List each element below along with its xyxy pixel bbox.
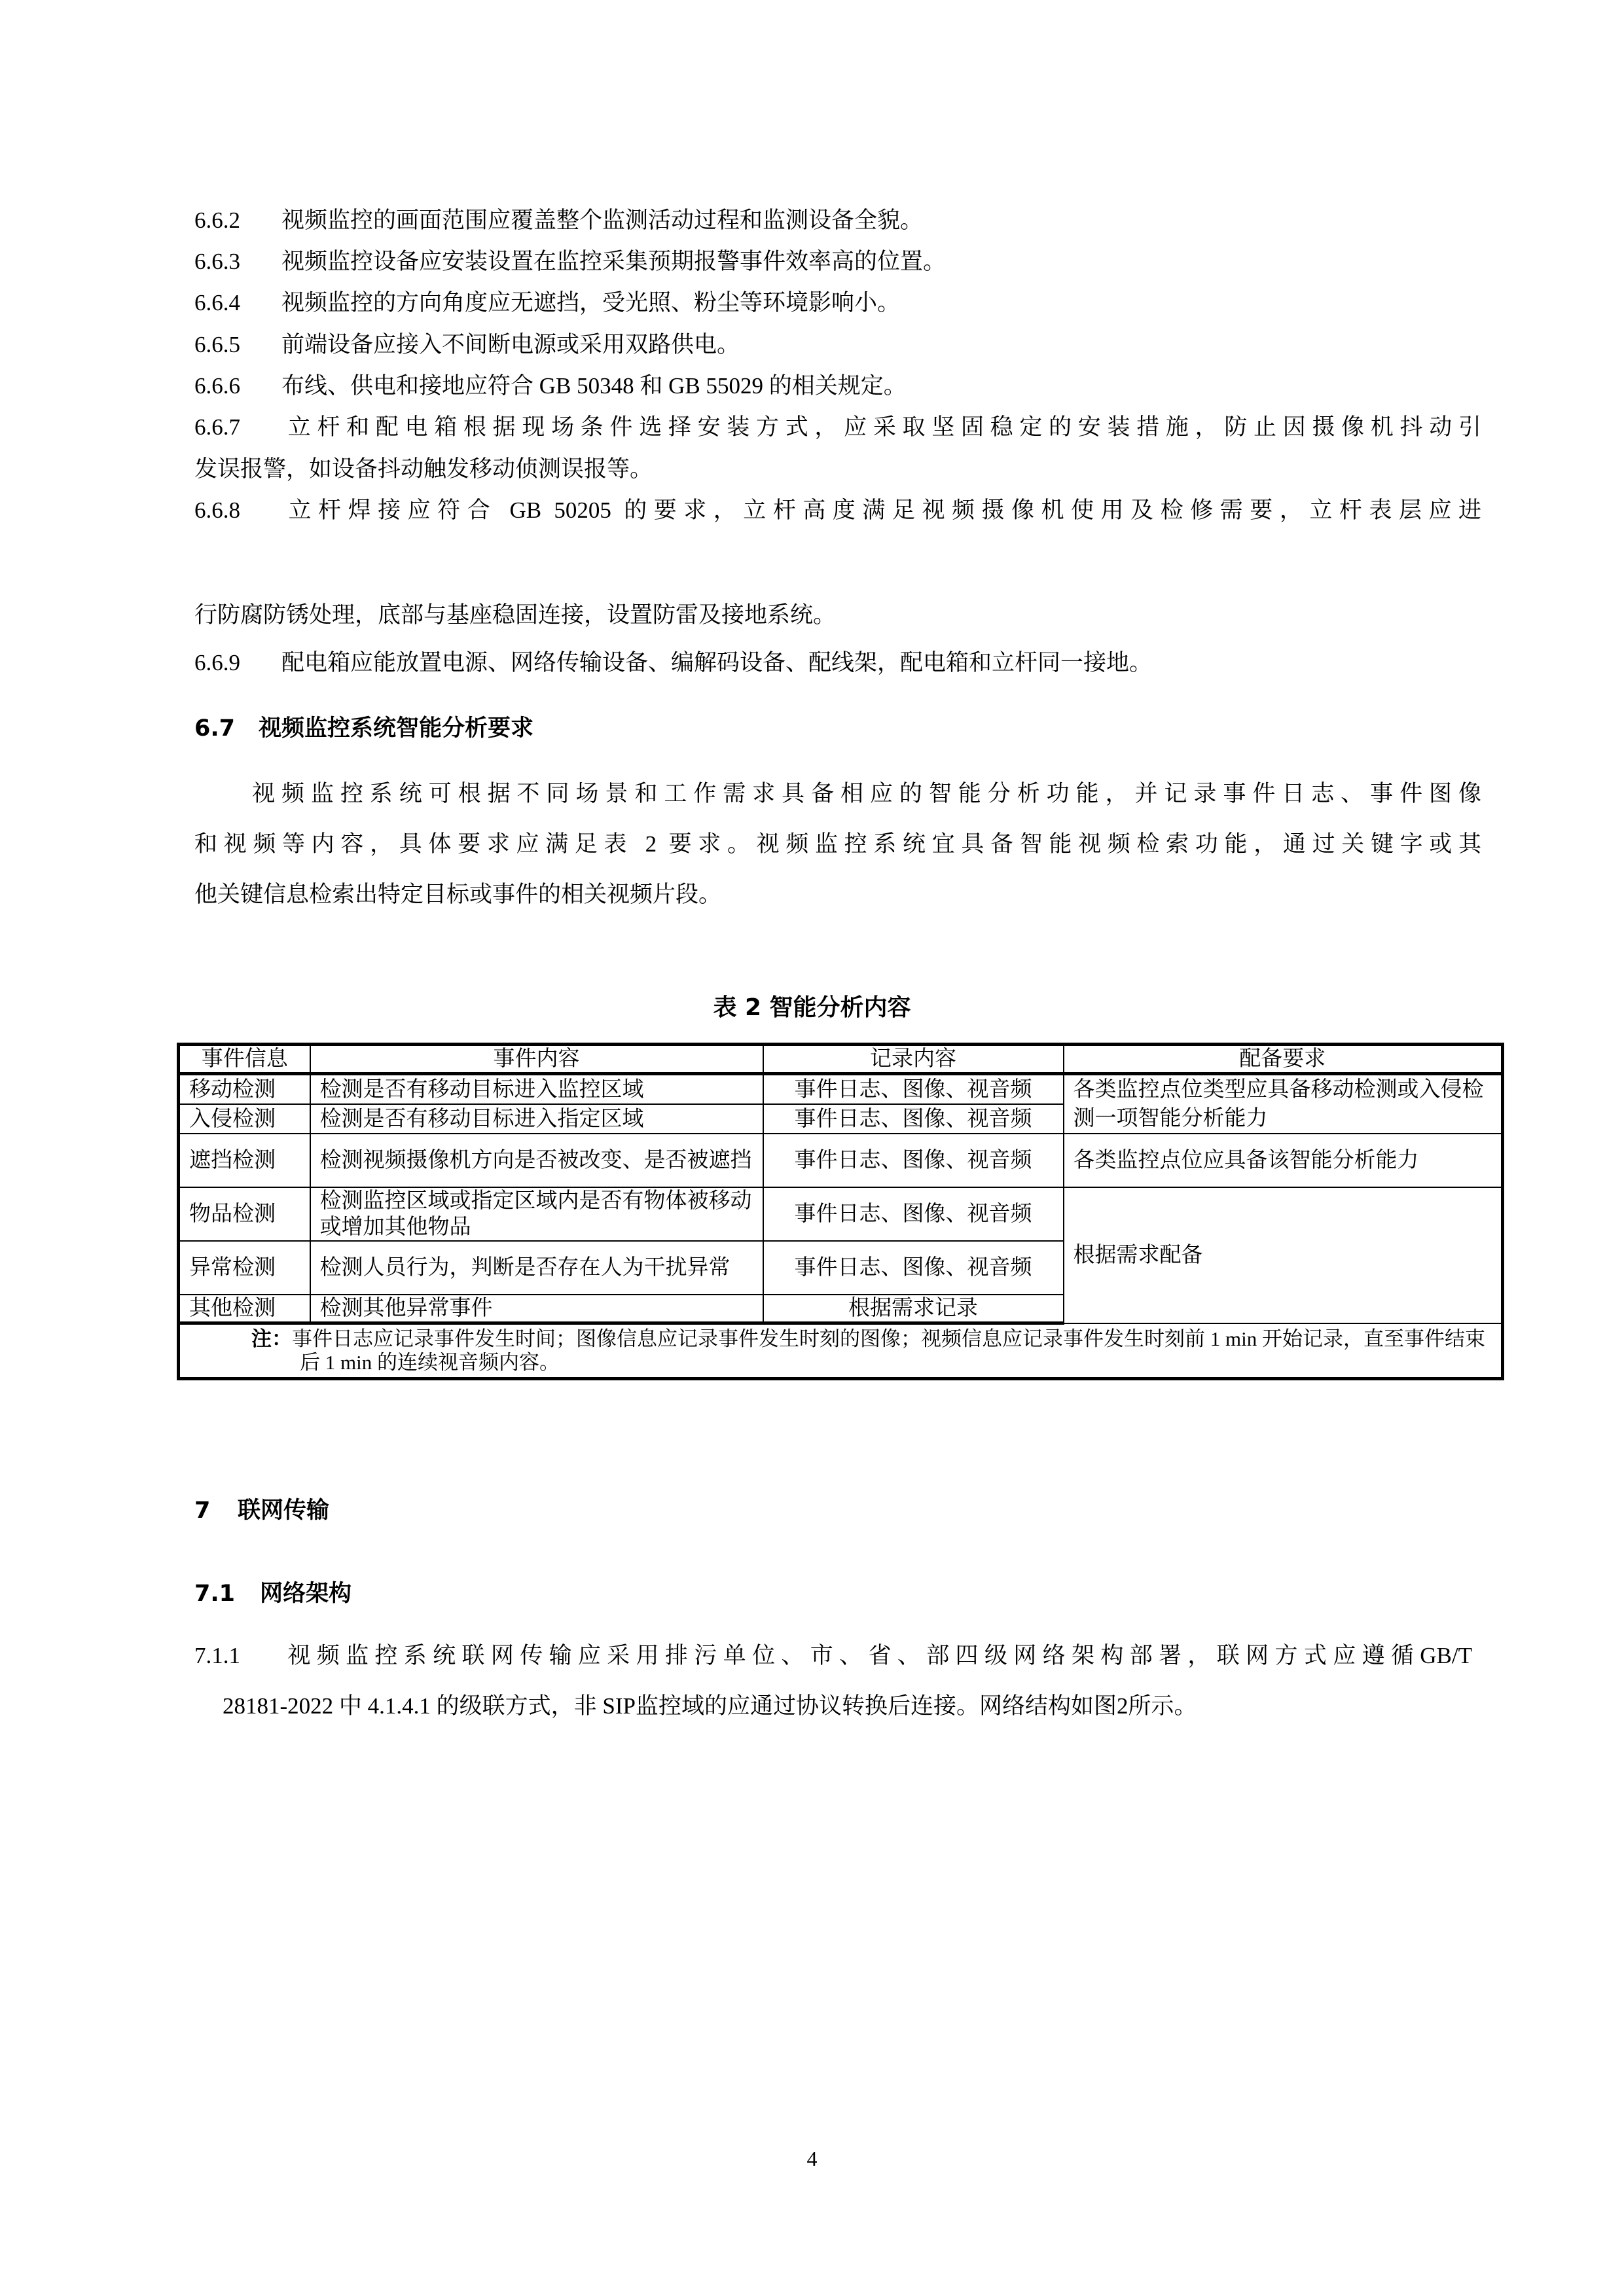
record-cell: 事件日志、图像、视音频: [763, 1134, 1064, 1187]
clause-text: 视频监控设备应安装设置在监控采集预期报警事件效率高的位置。: [281, 249, 946, 274]
clause-6-6-4: 6.6.4视频监控的方向角度应无遮挡，受光照、粉尘等环境影响小。: [194, 289, 900, 317]
clause-text: 视频监控系统联网传输应采用排污单位、市、省、部四级网络架构部署，联网方式应遵循G…: [281, 1643, 1472, 1668]
clause-number: 6.6.6: [194, 372, 281, 401]
clause-number: 6.6.8: [194, 496, 281, 525]
table-row: 遮挡检测 检测视频摄像机方向是否被改变、是否被遮挡 事件日志、图像、视音频 各类…: [179, 1134, 1503, 1187]
header-cell: 事件信息: [179, 1045, 310, 1074]
header-cell: 配备要求: [1064, 1045, 1503, 1074]
content-cell: 检测人员行为，判断是否存在人为干扰异常: [310, 1241, 763, 1295]
clause-7-1-1-continuation: 28181-2022 中 4.1.4.1 的级联方式，非 SIP监控域的应通过协…: [223, 1692, 1197, 1721]
clause-7-1-1: 7.1.1视频监控系统联网传输应采用排污单位、市、省、部四级网络架构部署，联网方…: [194, 1641, 1472, 1670]
section-heading-7-1: 7.1网络架构: [194, 1579, 352, 1608]
record-cell: 事件日志、图像、视音频: [763, 1241, 1064, 1295]
content-cell: 检测视频摄像机方向是否被改变、是否被遮挡: [310, 1134, 763, 1187]
document-page: 6.6.2视频监控的画面范围应覆盖整个监测活动过程和监测设备全貌。 6.6.3视…: [0, 0, 1624, 2296]
content-cell: 检测是否有移动目标进入监控区域: [310, 1074, 763, 1105]
section-number: 7: [194, 1496, 238, 1525]
clause-number: 7.1.1: [194, 1641, 281, 1670]
event-cell: 遮挡检测: [179, 1134, 310, 1187]
record-cell: 事件日志、图像、视音频: [763, 1187, 1064, 1241]
content-cell: 检测是否有移动目标进入指定区域: [310, 1104, 763, 1134]
clause-text: 配电箱应能放置电源、网络传输设备、编解码设备、配线架，配电箱和立杆同一接地。: [281, 650, 1152, 675]
section-title: 联网传输: [238, 1498, 329, 1524]
paragraph-line-1: 视频监控系统可根据不同场景和工作需求具备相应的智能分析功能，并记录事件日志、事件…: [252, 780, 1481, 808]
event-cell: 入侵检测: [179, 1104, 310, 1134]
clause-6-6-3: 6.6.3视频监控设备应安装设置在监控采集预期报警事件效率高的位置。: [194, 247, 946, 276]
clause-number: 6.6.3: [194, 247, 281, 276]
section-title: 视频监控系统智能分析要求: [259, 715, 533, 742]
clause-text: 布线、供电和接地应符合 GB 50348 和 GB 55029 的相关规定。: [281, 373, 907, 399]
table-row: 移动检测 检测是否有移动目标进入监控区域 事件日志、图像、视音频 各类监控点位类…: [179, 1074, 1503, 1105]
note-label: 注：: [251, 1327, 292, 1351]
clause-number: 6.6.5: [194, 331, 281, 359]
clause-text: 立杆和配电箱根据现场条件选择安装方式，应采取坚固稳定的安装措施，防止因摄像机抖动…: [281, 414, 1481, 440]
clause-text: 立杆焊接应符合 GB 50205 的要求，立杆高度满足视频摄像机使用及检修需要，…: [281, 497, 1481, 523]
table-note-row: 注：事件日志应记录事件发生时间；图像信息应记录事件发生时刻的图像；视频信息应记录…: [179, 1323, 1503, 1379]
table-caption: 表 2 智能分析内容: [0, 992, 1624, 1024]
requirement-cell: 各类监控点位类型应具备移动检测或入侵检测一项智能分析能力: [1064, 1074, 1503, 1134]
clause-6-6-2: 6.6.2视频监控的画面范围应覆盖整个监测活动过程和监测设备全貌。: [194, 206, 1481, 235]
clause-6-6-5: 6.6.5前端设备应接入不间断电源或采用双路供电。: [194, 331, 740, 359]
requirement-cell: 根据需求配备: [1064, 1187, 1503, 1323]
note-text: 事件日志应记录事件发生时间；图像信息应记录事件发生时刻的图像；视频信息应记录事件…: [292, 1327, 1485, 1374]
page-number: 4: [0, 2145, 1624, 2172]
content-cell: 检测监控区域或指定区域内是否有物体被移动或增加其他物品: [310, 1187, 763, 1241]
clause-6-6-8-continuation: 行防腐防锈处理，底部与基座稳固连接，设置防雷及接地系统。: [194, 601, 836, 630]
event-cell: 移动检测: [179, 1074, 310, 1105]
clause-6-6-9: 6.6.9配电箱应能放置电源、网络传输设备、编解码设备、配线架，配电箱和立杆同一…: [194, 649, 1152, 677]
clause-6-6-8: 6.6.8立杆焊接应符合 GB 50205 的要求，立杆高度满足视频摄像机使用及…: [194, 496, 1481, 525]
content-cell: 检测其他异常事件: [310, 1295, 763, 1323]
section-number: 6.7: [194, 714, 259, 743]
section-title: 网络架构: [260, 1581, 352, 1607]
paragraph-line-2: 和视频等内容，具体要求应满足表 2 要求。视频监控系统宜具备智能视频检索功能，通…: [194, 830, 1481, 859]
clause-6-6-6: 6.6.6布线、供电和接地应符合 GB 50348 和 GB 55029 的相关…: [194, 372, 907, 401]
clause-text: 视频监控的方向角度应无遮挡，受光照、粉尘等环境影响小。: [281, 290, 900, 315]
table-note: 注：事件日志应记录事件发生时间；图像信息应记录事件发生时刻的图像；视频信息应记录…: [179, 1323, 1503, 1379]
clause-number: 6.6.9: [194, 649, 281, 677]
table-smart-analysis: 事件信息 事件内容 记录内容 配备要求 移动检测 检测是否有移动目标进入监控区域…: [177, 1043, 1504, 1380]
section-heading-7: 7联网传输: [194, 1496, 329, 1525]
clause-6-6-7-continuation: 发误报警，如设备抖动触发移动侦测误报等。: [194, 455, 653, 484]
event-cell: 异常检测: [179, 1241, 310, 1295]
event-cell: 物品检测: [179, 1187, 310, 1241]
requirement-cell: 各类监控点位应具备该智能分析能力: [1064, 1134, 1503, 1187]
record-cell: 根据需求记录: [763, 1295, 1064, 1323]
clause-number: 6.6.7: [194, 413, 281, 442]
section-heading-6-7: 6.7视频监控系统智能分析要求: [194, 714, 533, 743]
clause-number: 6.6.4: [194, 289, 281, 317]
section-number: 7.1: [194, 1579, 260, 1608]
record-cell: 事件日志、图像、视音频: [763, 1104, 1064, 1134]
event-cell: 其他检测: [179, 1295, 310, 1323]
header-cell: 事件内容: [310, 1045, 763, 1074]
paragraph-line-3: 他关键信息检索出特定目标或事件的相关视频片段。: [194, 880, 721, 909]
clause-text: 视频监控的画面范围应覆盖整个监测活动过程和监测设备全貌。: [281, 207, 923, 233]
record-cell: 事件日志、图像、视音频: [763, 1074, 1064, 1105]
table-header-row: 事件信息 事件内容 记录内容 配备要求: [179, 1045, 1503, 1074]
table-row: 物品检测 检测监控区域或指定区域内是否有物体被移动或增加其他物品 事件日志、图像…: [179, 1187, 1503, 1241]
clause-6-6-7: 6.6.7立杆和配电箱根据现场条件选择安装方式，应采取坚固稳定的安装措施，防止因…: [194, 413, 1481, 442]
header-cell: 记录内容: [763, 1045, 1064, 1074]
clause-text: 前端设备应接入不间断电源或采用双路供电。: [281, 332, 740, 357]
clause-number: 6.6.2: [194, 206, 281, 235]
